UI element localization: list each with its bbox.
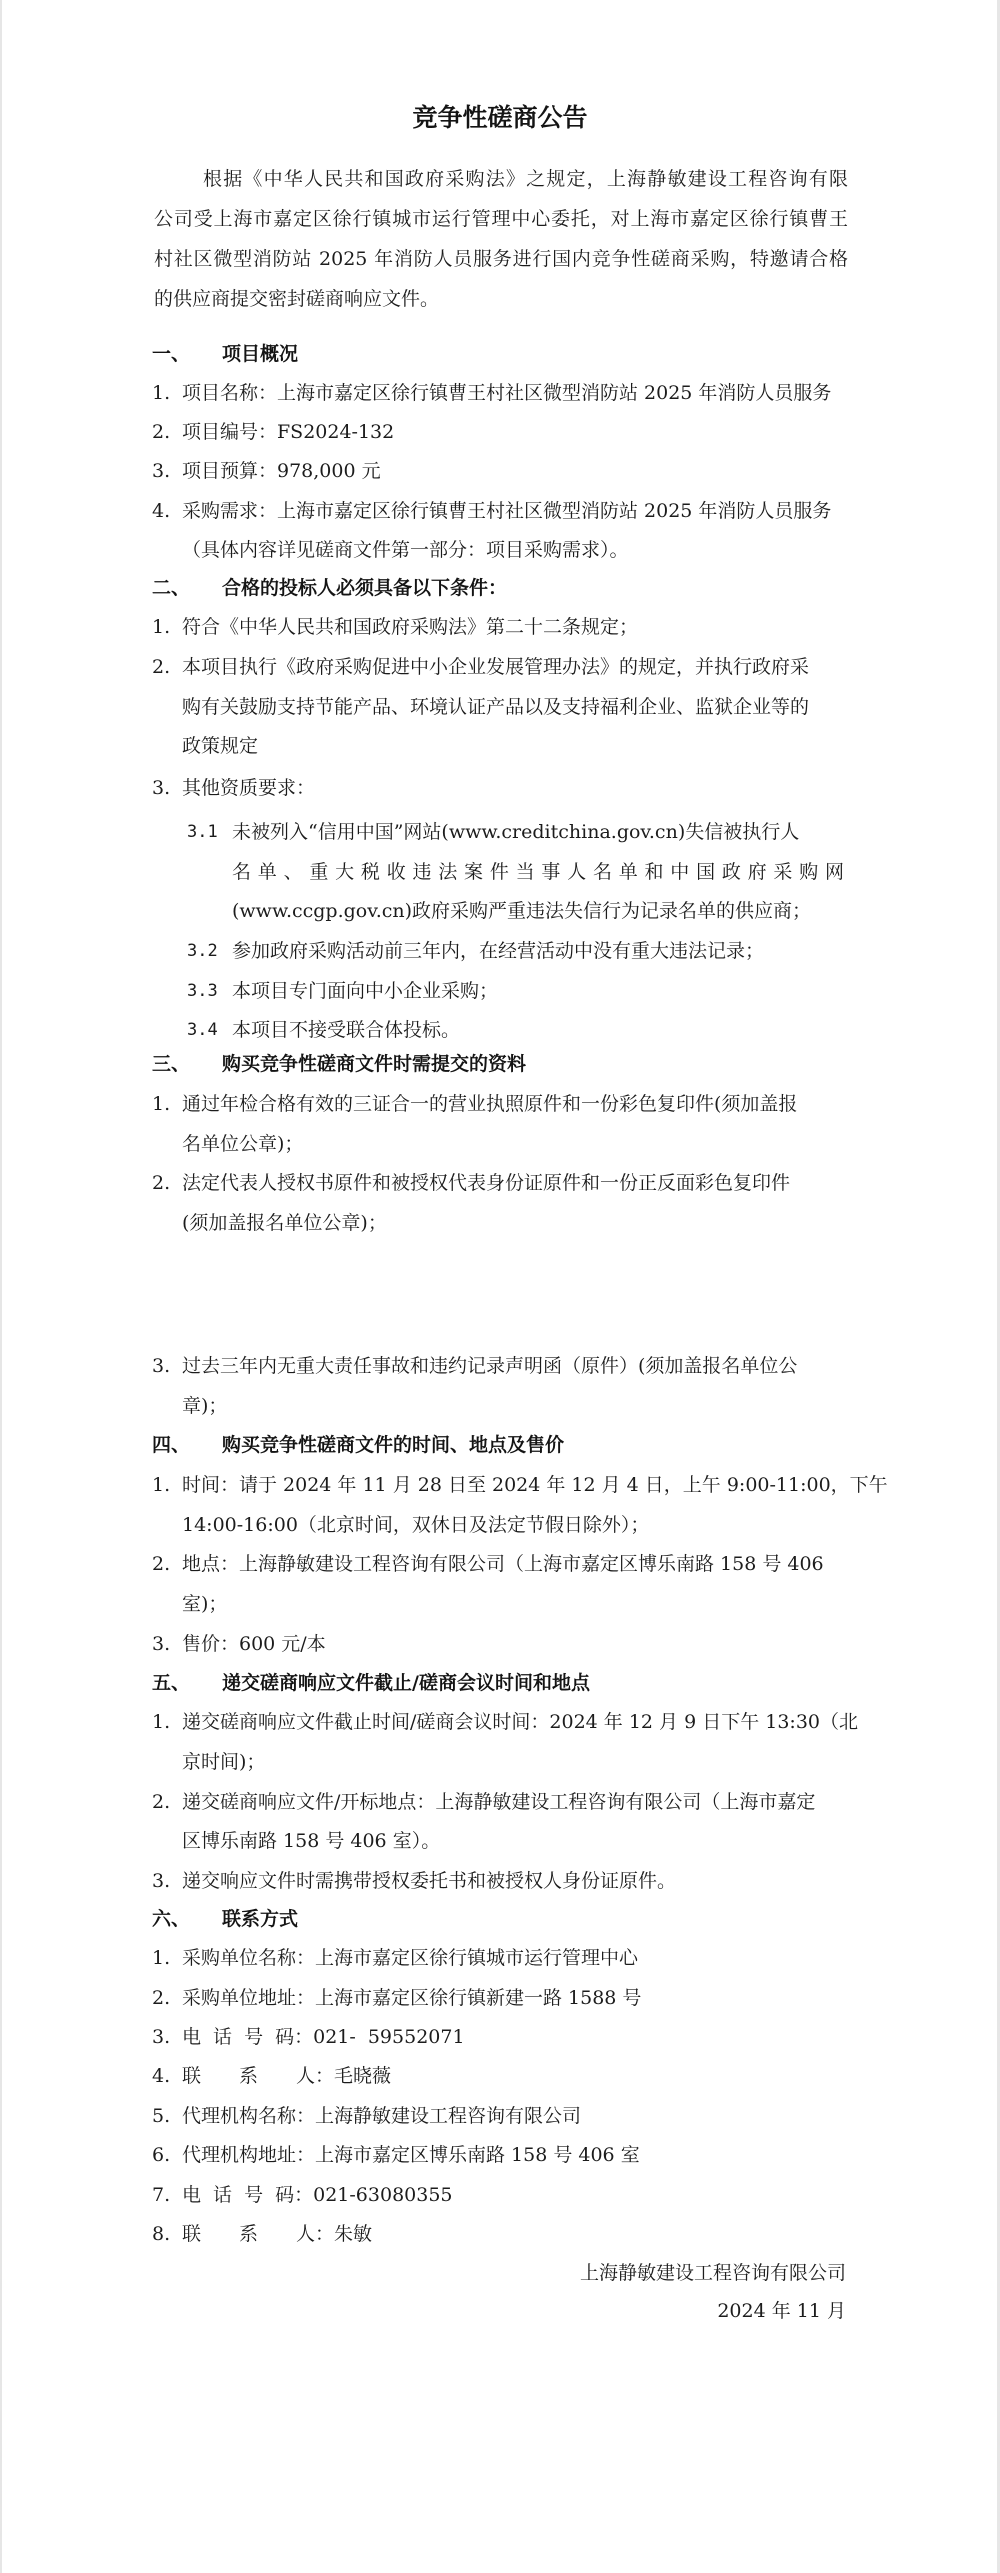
item-text: 章)； <box>182 1394 227 1418</box>
item-text: (须加盖报名单位公章)； <box>182 1211 387 1235</box>
section-numeral: 二、 <box>152 576 190 600</box>
subitem-text: 本项目专门面向中小企业采购； <box>232 979 498 1003</box>
contact-purchaser-address: 采购单位地址：上海市嘉定区徐行镇新建一路 1588 号 <box>182 1986 641 2010</box>
item-text: 区博乐南路 158 号 406 室）。 <box>182 1829 440 1853</box>
item-text: 通过年检合格有效的三证合一的营业执照原件和一份彩色复印件(须加盖报 <box>182 1092 797 1116</box>
section-heading: 递交磋商响应文件截止/磋商会议时间和地点 <box>222 1671 590 1695</box>
item-number: 1. <box>152 1946 170 1970</box>
item-text: 采购需求：上海市嘉定区徐行镇曹王村社区微型消防站 2025 年消防人员服务 <box>182 499 831 523</box>
item-number: 3. <box>152 1354 170 1378</box>
section-heading: 购买竞争性磋商文件时需提交的资料 <box>222 1052 526 1076</box>
item-number: 4. <box>152 499 170 523</box>
item-text: 本项目执行《政府采购促进中小企业发展管理办法》的规定，并执行政府采 <box>182 655 809 679</box>
item-text: 项目编号：FS2024-132 <box>182 420 394 444</box>
subitem-text: 参加政府采购活动前三年内，在经营活动中没有重大违法记录； <box>232 939 764 963</box>
item-text: （具体内容详见磋商文件第一部分：项目采购需求）。 <box>182 538 629 562</box>
item-text: 购有关鼓励支持节能产品、环境认证产品以及支持福利企业、监狱企业等的 <box>182 695 809 719</box>
subitem-text: 名单、重大税收违法案件当事人名单和中国政府采购网 <box>232 860 846 884</box>
section-heading: 购买竞争性磋商文件的时间、地点及售价 <box>222 1433 564 1457</box>
section-numeral: 三、 <box>152 1052 190 1076</box>
item-text: 法定代表人授权书原件和被授权代表身份证原件和一份正反面彩色复印件 <box>182 1171 790 1195</box>
item-number: 2. <box>152 1171 170 1195</box>
item-text: 项目预算：978,000 元 <box>182 459 381 483</box>
item-text: 政策规定 <box>182 734 258 758</box>
item-number: 1. <box>152 1710 170 1734</box>
item-text: 递交磋商响应文件/开标地点：上海静敏建设工程咨询有限公司（上海市嘉定 <box>182 1790 815 1814</box>
item-text: 室)； <box>182 1592 227 1616</box>
section-heading: 合格的投标人必须具备以下条件： <box>222 576 507 600</box>
item-number: 2. <box>152 655 170 679</box>
item-number: 2. <box>152 1790 170 1814</box>
section-numeral: 五、 <box>152 1671 190 1695</box>
item-text: 递交响应文件时需携带授权委托书和被授权人身份证原件。 <box>182 1869 676 1893</box>
intro-line: 根据《中华人民共和国政府采购法》之规定，上海静敏建设工程咨询有限 <box>203 167 848 191</box>
signature-company: 上海静敏建设工程咨询有限公司 <box>580 2261 846 2285</box>
contact-purchaser-name: 采购单位名称：上海市嘉定区徐行镇城市运行管理中心 <box>182 1946 638 1970</box>
item-number: 1. <box>152 381 170 405</box>
section-heading: 联系方式 <box>222 1907 298 1931</box>
subitem-text: 未被列入“信用中国”网站(www.creditchina.gov.cn)失信被执… <box>232 820 799 844</box>
item-text: 京时间)； <box>182 1750 265 1774</box>
item-number: 3. <box>152 2025 170 2049</box>
item-text: 过去三年内无重大责任事故和违约记录声明函（原件）(须加盖报名单位公 <box>182 1354 797 1378</box>
intro-line: 公司受上海市嘉定区徐行镇城市运行管理中心委托，对上海市嘉定区徐行镇曹王 <box>154 207 848 231</box>
item-number: 5. <box>152 2104 170 2128</box>
section-numeral: 一、 <box>152 342 190 366</box>
intro-line: 的供应商提交密封磋商响应文件。 <box>154 287 439 311</box>
item-text: 项目名称：上海市嘉定区徐行镇曹王村社区微型消防站 2025 年消防人员服务 <box>182 381 831 405</box>
subitem-text: 本项目不接受联合体投标。 <box>232 1018 460 1042</box>
contact-agency-person: 联 系 人：朱敏 <box>182 2222 372 2246</box>
item-number: 3. <box>152 1869 170 1893</box>
item-number: 3. <box>152 776 170 800</box>
item-number: 3. <box>152 459 170 483</box>
section-heading: 项目概况 <box>222 342 298 366</box>
item-text: 地点：上海静敏建设工程咨询有限公司（上海市嘉定区博乐南路 158 号 406 <box>182 1552 824 1576</box>
subitem-number: 3.4 <box>187 1018 218 1042</box>
item-number: 1. <box>152 615 170 639</box>
contact-agency-address: 代理机构地址：上海市嘉定区博乐南路 158 号 406 室 <box>182 2143 640 2167</box>
contact-agency-name: 代理机构名称：上海静敏建设工程咨询有限公司 <box>182 2104 581 2128</box>
intro-line: 村社区微型消防站 2025 年消防人员服务进行国内竞争性磋商采购，特邀请合格 <box>154 247 848 271</box>
section-numeral: 四、 <box>152 1433 190 1457</box>
item-text: 符合《中华人民共和国政府采购法》第二十二条规定； <box>182 615 638 639</box>
item-text: 14:00-16:00（北京时间，双休日及法定节假日除外）； <box>182 1513 649 1537</box>
item-number: 2. <box>152 1552 170 1576</box>
contact-purchaser-person: 联 系 人：毛晓薇 <box>182 2064 391 2088</box>
contact-purchaser-phone: 电 话 号 码：021- 59552071 <box>182 2025 465 2049</box>
contact-agency-phone: 电 话 号 码：021-63080355 <box>182 2183 453 2207</box>
item-text: 递交磋商响应文件截止时间/磋商会议时间：2024 年 12 月 9 日下午 13… <box>182 1710 858 1734</box>
item-number: 2. <box>152 420 170 444</box>
item-number: 1. <box>152 1092 170 1116</box>
item-number: 3. <box>152 1632 170 1656</box>
item-text: 名单位公章)； <box>182 1132 303 1156</box>
item-text: 时间：请于 2024 年 11 月 28 日至 2024 年 12 月 4 日，… <box>182 1473 888 1497</box>
item-number: 7. <box>152 2183 170 2207</box>
item-number: 1. <box>152 1473 170 1497</box>
item-number: 6. <box>152 2143 170 2167</box>
item-text: 售价：600 元/本 <box>182 1632 326 1656</box>
subitem-number: 3.3 <box>187 979 218 1003</box>
subitem-number: 3.2 <box>187 939 218 963</box>
subitem-text: (www.ccgp.gov.cn)政府采购严重违法失信行为记录名单的供应商； <box>232 899 811 923</box>
item-number: 8. <box>152 2222 170 2246</box>
page-edge-left <box>0 0 2 2573</box>
subitem-number: 3.1 <box>187 820 218 844</box>
item-number: 4. <box>152 2064 170 2088</box>
section-numeral: 六、 <box>152 1907 190 1931</box>
page-title: 竞争性磋商公告 <box>0 102 1000 134</box>
item-number: 2. <box>152 1986 170 2010</box>
item-text: 其他资质要求： <box>182 776 315 800</box>
signature-date: 2024 年 11 月 <box>717 2299 846 2323</box>
